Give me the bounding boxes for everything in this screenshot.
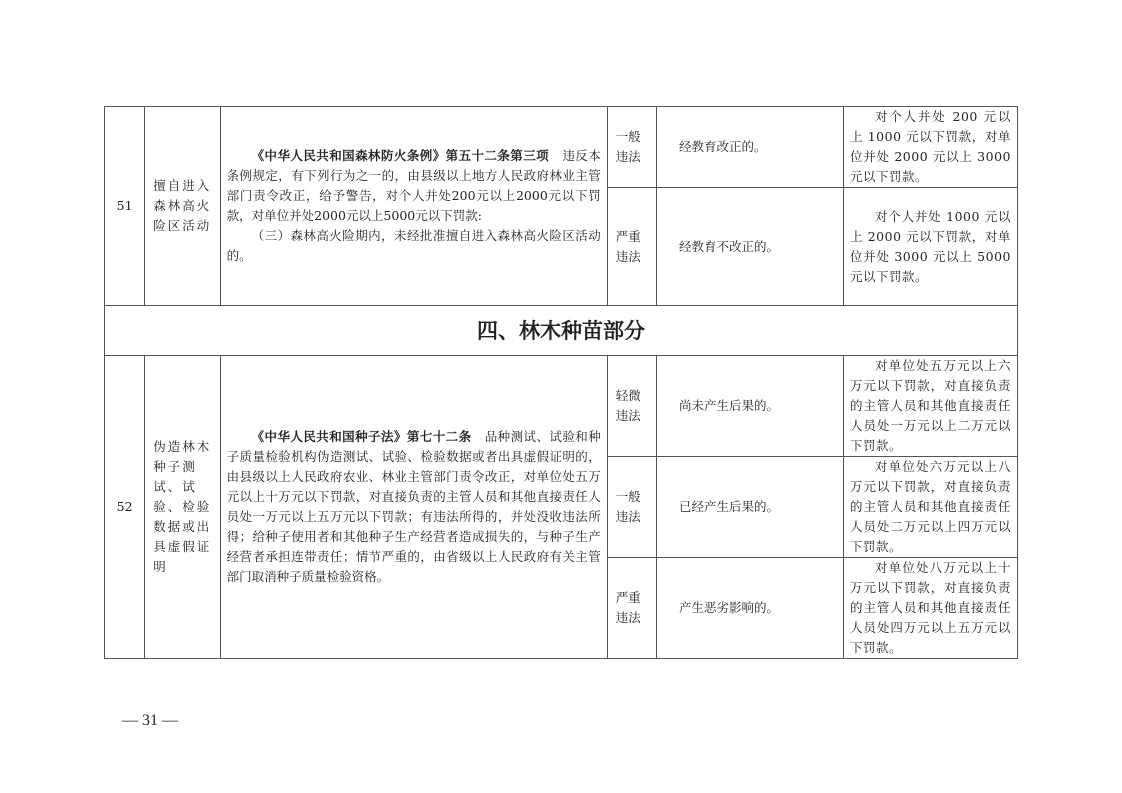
penalty-standard: 对单位处八万元以上十万元以下罚款，对直接负责的主管人员和其他直接责任人员处四万元… xyxy=(844,558,1018,659)
violation-condition: 产生恶劣影响的。 xyxy=(657,558,844,659)
penalty-text: 对单位处八万元以上十万元以下罚款，对直接负责的主管人员和其他直接责任人员处四万元… xyxy=(850,558,1011,658)
legal-basis: 《中华人民共和国种子法》第七十二条 品种测试、试验和种子质量检验机构伪造测试、试… xyxy=(220,356,607,659)
penalty-text: 对单位处六万元以上八万元以下罚款，对直接负责的主管人员和其他直接责任人员处二万元… xyxy=(850,457,1011,557)
legal-basis: 《中华人民共和国森林防火条例》第五十二条第三项 违反本条例规定，有下列行为之一的… xyxy=(220,107,607,306)
table-row: 52 伪造林木种子测试、试验、检验数据或出具虚假证明 《中华人民共和国种子法》第… xyxy=(105,356,1018,457)
violation-act: 伪造林木种子测试、试验、检验数据或出具虚假证明 xyxy=(145,356,220,659)
violation-level: 严重违法 xyxy=(607,188,656,306)
violation-act: 擅自进入森林高火险区活动 xyxy=(145,107,220,306)
penalty-standard: 对个人并处 1000 元以上 2000 元以下罚款，对单位并处 3000 元以上… xyxy=(844,188,1018,306)
penalty-text: 对单位处五万元以上六万元以下罚款，对直接负责的主管人员和其他直接责任人员处一万元… xyxy=(850,356,1011,456)
page-number: — 31 — xyxy=(122,712,178,730)
violation-level: 严重违法 xyxy=(607,558,656,659)
table-row: 51 擅自进入森林高火险区活动 《中华人民共和国森林防火条例》第五十二条第三项 … xyxy=(105,107,1018,188)
violation-condition: 经教育改正的。 xyxy=(657,107,844,188)
penalty-standard: 对个人并处 200 元以上 1000 元以下罚款，对单位并处 2000 元以上 … xyxy=(844,107,1018,188)
violation-level: 一般违法 xyxy=(607,457,656,558)
penalty-text: 对个人并处 200 元以上 1000 元以下罚款，对单位并处 2000 元以上 … xyxy=(850,107,1011,187)
violation-condition: 尚未产生后果的。 xyxy=(657,356,844,457)
section-header-row: 四、林木种苗部分 xyxy=(105,306,1018,356)
violation-level: 轻微违法 xyxy=(607,356,656,457)
penalty-standard: 对单位处六万元以上八万元以下罚款，对直接负责的主管人员和其他直接责任人员处二万元… xyxy=(844,457,1018,558)
legal-basis-text: 品种测试、试验和种子质量检验机构伪造测试、试验、检验数据或者出具虚假证明的，由县… xyxy=(227,429,601,584)
violation-level: 一般违法 xyxy=(607,107,656,188)
penalty-text: 对个人并处 1000 元以上 2000 元以下罚款，对单位并处 3000 元以上… xyxy=(850,207,1011,287)
penalty-standards-table: 51 擅自进入森林高火险区活动 《中华人民共和国森林防火条例》第五十二条第三项 … xyxy=(104,106,1018,659)
row-number: 52 xyxy=(105,356,145,659)
violation-condition: 经教育不改正的。 xyxy=(657,188,844,306)
section-title: 四、林木种苗部分 xyxy=(105,306,1018,356)
row-number: 51 xyxy=(105,107,145,306)
penalty-standard: 对单位处五万元以上六万元以下罚款，对直接负责的主管人员和其他直接责任人员处一万元… xyxy=(844,356,1018,457)
legal-basis-title: 《中华人民共和国森林防火条例》第五十二条第三项 xyxy=(252,148,550,163)
legal-basis-item: （三）森林高火险期内，未经批准擅自进入森林高火险区活动的。 xyxy=(227,226,601,266)
violation-condition: 已经产生后果的。 xyxy=(657,457,844,558)
legal-basis-title: 《中华人民共和国种子法》第七十二条 xyxy=(252,429,472,444)
